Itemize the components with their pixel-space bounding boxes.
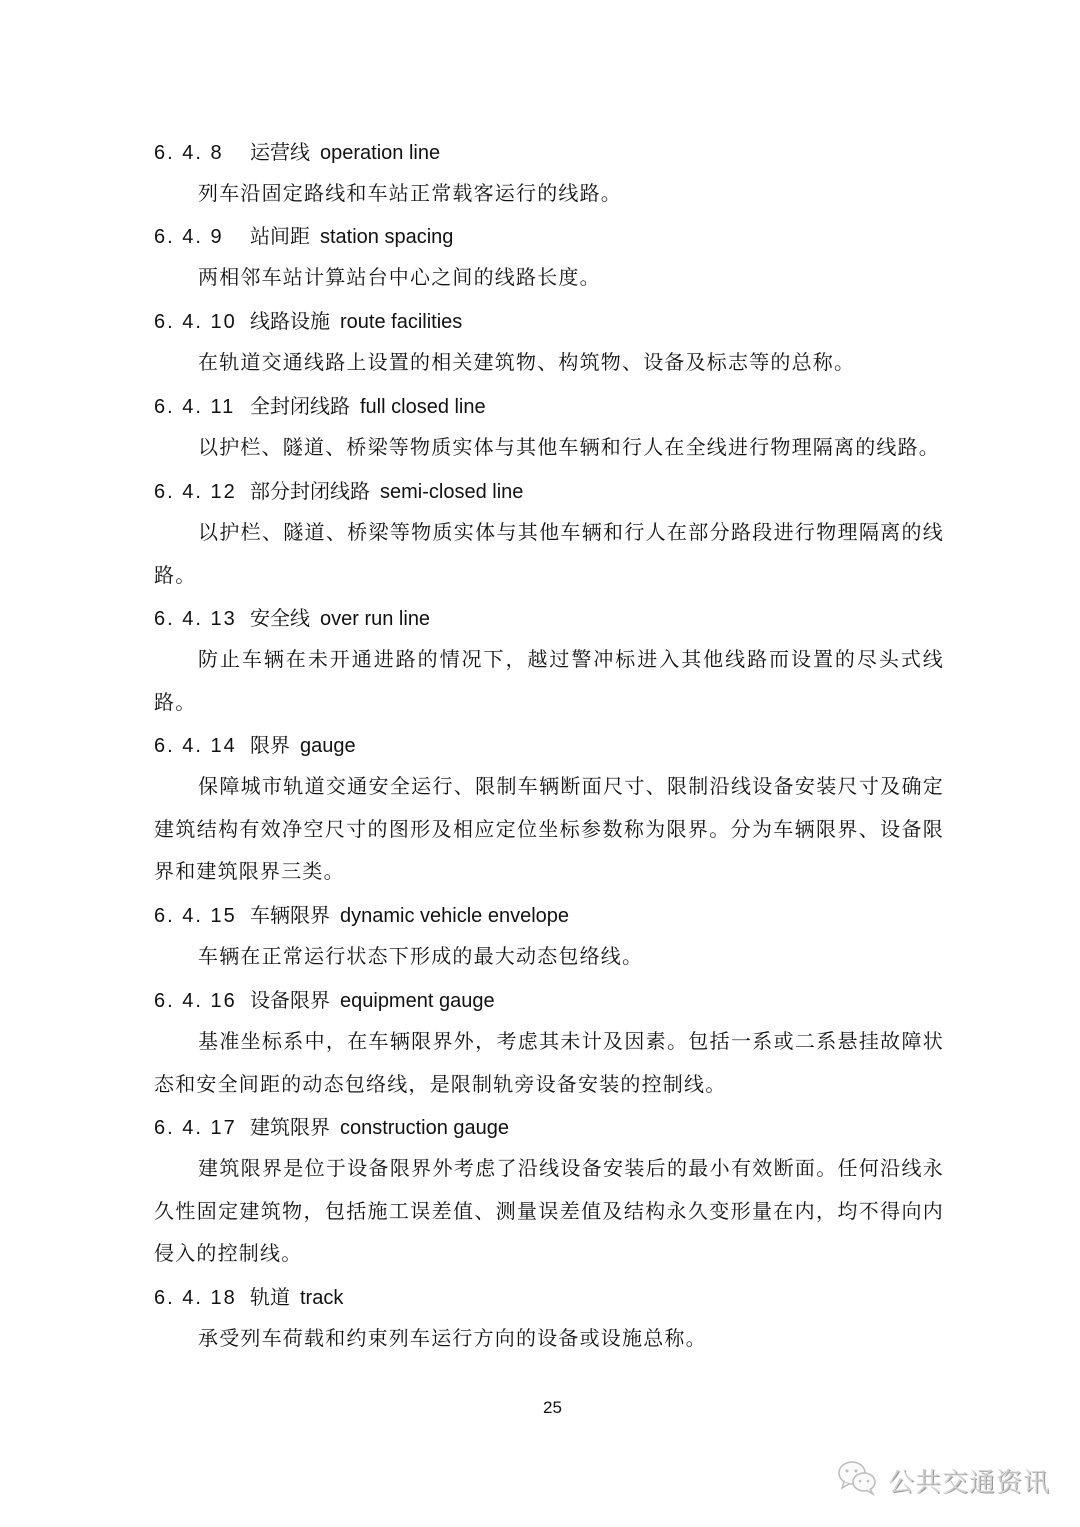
- term-entry: 6. 4. 9站间距station spacing两相邻车站计算站台中心之间的线…: [154, 221, 944, 299]
- clause-number: 6. 4. 18: [154, 1283, 250, 1313]
- term-chinese: 设备限界: [250, 988, 330, 1012]
- term-entry: 6. 4. 11全封闭线路full closed line以护栏、隧道、桥梁等物…: [154, 391, 944, 469]
- term-heading: 6. 4. 8运营线operation line: [154, 137, 944, 167]
- clause-number: 6. 4. 16: [154, 986, 250, 1016]
- term-entry: 6. 4. 8运营线operation line列车沿固定路线和车站正常载客运行…: [154, 137, 944, 215]
- term-definition: 建筑限界是位于设备限界外考虑了沿线设备安装后的最小有效断面。任何沿线永久性固定建…: [154, 1147, 944, 1275]
- term-definition: 基准坐标系中，在车辆限界外，考虑其未计及因素。包括一系或二系悬挂故障状态和安全间…: [154, 1020, 944, 1105]
- wechat-icon: [836, 1458, 880, 1502]
- term-english: gauge: [300, 735, 356, 757]
- term-chinese: 车辆限界: [250, 903, 330, 927]
- term-heading: 6. 4. 18轨道track: [154, 1282, 944, 1312]
- clause-number: 6. 4. 10: [154, 307, 250, 337]
- term-chinese: 部分封闭线路: [250, 479, 370, 503]
- term-heading: 6. 4. 15车辆限界dynamic vehicle envelope: [154, 900, 944, 930]
- term-chinese: 运营线: [250, 140, 310, 164]
- term-chinese: 轨道: [250, 1285, 290, 1309]
- term-heading: 6. 4. 10线路设施route facilities: [154, 306, 944, 336]
- term-heading: 6. 4. 13安全线over run line: [154, 603, 944, 633]
- term-english: equipment gauge: [340, 990, 495, 1012]
- term-definition: 两相邻车站计算站台中心之间的线路长度。: [154, 256, 944, 299]
- term-definition: 以护栏、隧道、桥梁等物质实体与其他车辆和行人在全线进行物理隔离的线路。: [154, 426, 944, 469]
- term-chinese: 线路设施: [250, 309, 330, 333]
- term-heading: 6. 4. 16设备限界equipment gauge: [154, 985, 944, 1015]
- term-english: full closed line: [360, 396, 486, 418]
- clause-number: 6. 4. 11: [154, 392, 250, 422]
- term-english: dynamic vehicle envelope: [340, 905, 569, 927]
- watermark-text: 公共交通资讯: [888, 1462, 1050, 1499]
- term-chinese: 全封闭线路: [250, 394, 350, 418]
- term-heading: 6. 4. 17建筑限界construction gauge: [154, 1112, 944, 1142]
- term-heading: 6. 4. 9站间距station spacing: [154, 221, 944, 251]
- term-heading: 6. 4. 12部分封闭线路semi-closed line: [154, 476, 944, 506]
- document-page: 6. 4. 8运营线operation line列车沿固定路线和车站正常载客运行…: [0, 0, 1080, 1527]
- clause-number: 6. 4. 14: [154, 731, 250, 761]
- term-definition: 承受列车荷载和约束列车运行方向的设备或设施总称。: [154, 1317, 944, 1360]
- term-english: track: [300, 1287, 343, 1309]
- term-chinese: 建筑限界: [250, 1115, 330, 1139]
- term-definition: 车辆在正常运行状态下形成的最大动态包络线。: [154, 935, 944, 978]
- term-entry: 6. 4. 13安全线over run line防止车辆在未开通进路的情况下，越…: [154, 603, 944, 723]
- term-definition: 防止车辆在未开通进路的情况下，越过警冲标进入其他线路而设置的尽头式线路。: [154, 638, 944, 723]
- term-chinese: 限界: [250, 733, 290, 757]
- term-english: route facilities: [340, 311, 462, 333]
- term-entry: 6. 4. 15车辆限界dynamic vehicle envelope车辆在正…: [154, 900, 944, 978]
- term-english: operation line: [320, 142, 440, 164]
- term-english: construction gauge: [340, 1117, 509, 1139]
- term-definition: 以护栏、隧道、桥梁等物质实体与其他车辆和行人在部分路段进行物理隔离的线路。: [154, 511, 944, 596]
- clause-number: 6. 4. 12: [154, 477, 250, 507]
- clause-number: 6. 4. 9: [154, 222, 250, 252]
- term-entry: 6. 4. 17建筑限界construction gauge建筑限界是位于设备限…: [154, 1112, 944, 1275]
- term-definition: 保障城市轨道交通安全运行、限制车辆断面尺寸、限制沿线设备安装尺寸及确定建筑结构有…: [154, 765, 944, 893]
- term-definition: 列车沿固定路线和车站正常载客运行的线路。: [154, 172, 944, 215]
- watermark: 公共交通资讯: [836, 1458, 1050, 1502]
- term-entry: 6. 4. 10线路设施route facilities在轨道交通线路上设置的相…: [154, 306, 944, 384]
- term-english: over run line: [320, 608, 430, 630]
- term-chinese: 安全线: [250, 606, 310, 630]
- term-entry: 6. 4. 14限界gauge保障城市轨道交通安全运行、限制车辆断面尺寸、限制沿…: [154, 730, 944, 893]
- clause-number: 6. 4. 15: [154, 901, 250, 931]
- term-entry: 6. 4. 16设备限界equipment gauge基准坐标系中，在车辆限界外…: [154, 985, 944, 1105]
- term-entry: 6. 4. 12部分封闭线路semi-closed line以护栏、隧道、桥梁等…: [154, 476, 944, 596]
- term-entry: 6. 4. 18轨道track承受列车荷载和约束列车运行方向的设备或设施总称。: [154, 1282, 944, 1360]
- term-heading: 6. 4. 11全封闭线路full closed line: [154, 391, 944, 421]
- term-english: station spacing: [320, 226, 453, 248]
- term-english: semi-closed line: [380, 481, 523, 503]
- clause-number: 6. 4. 17: [154, 1113, 250, 1143]
- term-heading: 6. 4. 14限界gauge: [154, 730, 944, 760]
- clause-number: 6. 4. 13: [154, 604, 250, 634]
- term-chinese: 站间距: [250, 224, 310, 248]
- clause-number: 6. 4. 8: [154, 138, 250, 168]
- page-number: 25: [0, 1398, 1080, 1418]
- term-definition: 在轨道交通线路上设置的相关建筑物、构筑物、设备及标志等的总称。: [154, 341, 944, 384]
